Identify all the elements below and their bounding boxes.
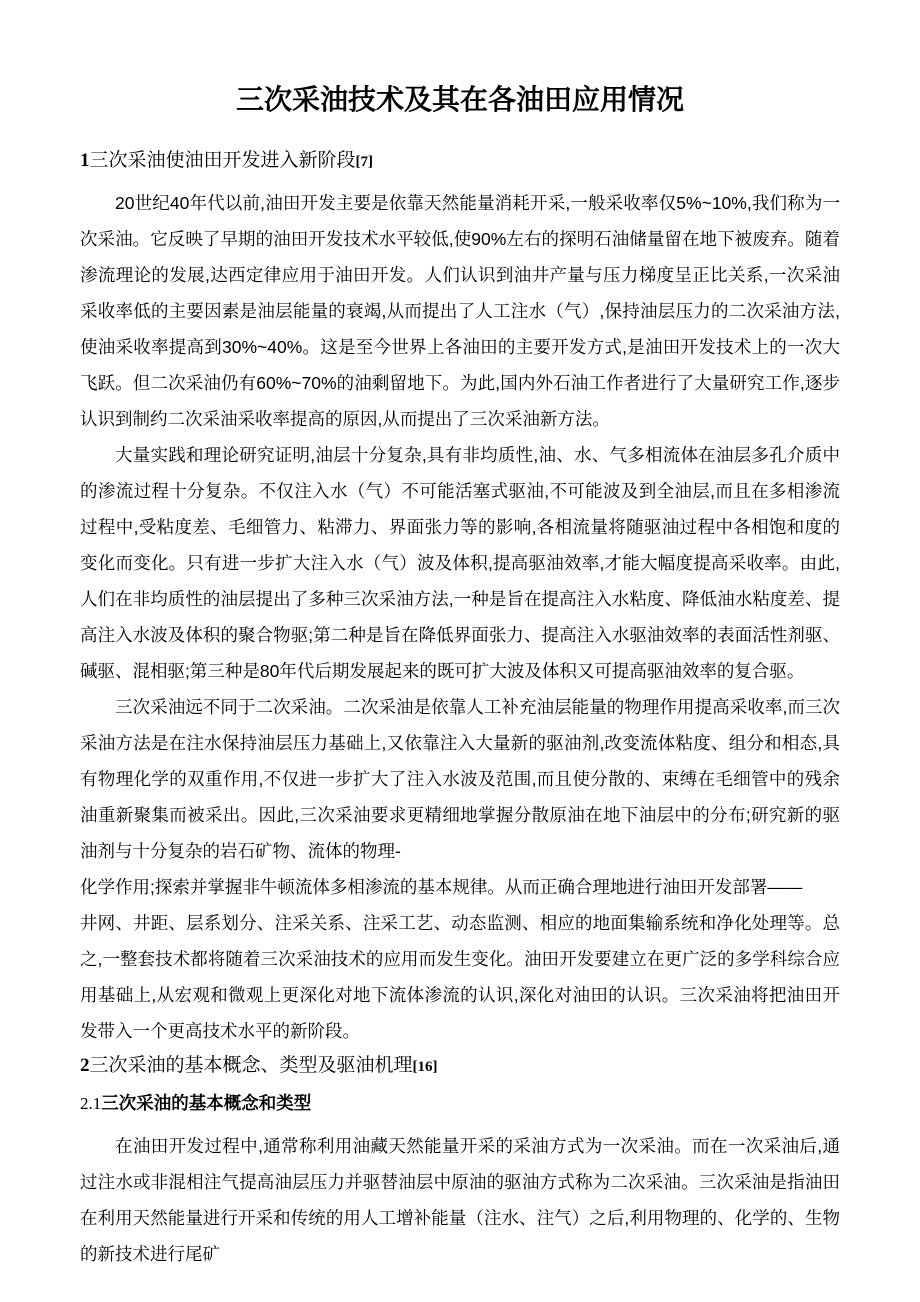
heading-1-reference: [7] [356,154,374,170]
paragraph-3-continuation-2: 井网、井距、层系划分、注采关系、注采工艺、动态监测、相应的地面集输系统和净化处理… [80,905,840,1048]
heading-2-1: 2.1三次采油的基本概念和类型 [80,1085,840,1122]
heading-2-1-text: 三次采油的基本概念和类型 [101,1093,311,1113]
section-2: 2三次采油的基本概念、类型及驱油机理[16] 2.1三次采油的基本概念和类型 在… [80,1048,840,1272]
heading-2-reference: [16] [413,1059,438,1075]
heading-1-text: 三次采油使油田开发进入新阶段 [90,150,356,171]
document-page: 三次采油技术及其在各油田应用情况 1三次采油使油田开发进入新阶段[7] 20世纪… [0,0,920,1302]
heading-2-number: 2 [80,1055,90,1076]
section-1: 1三次采油使油田开发进入新阶段[7] 20世纪40年代以前,油田开发主要是依靠天… [80,143,840,1048]
document-title: 三次采油技术及其在各油田应用情况 [80,78,840,122]
paragraph-4: 在油田开发过程中,通常称利用油藏天然能量开采的采油方式为一次采油。而在一次采油后… [80,1128,840,1272]
heading-1: 1三次采油使油田开发进入新阶段[7] [80,143,840,180]
paragraph-1: 20世纪40年代以前,油田开发主要是依靠天然能量消耗开采,一般采收率仅5%~10… [80,185,840,437]
heading-2: 2三次采油的基本概念、类型及驱油机理[16] [80,1048,840,1085]
paragraph-3: 三次采油远不同于二次采油。二次采油是依靠人工补充油层能量的物理作用提高采收率,而… [80,689,840,869]
heading-2-text: 三次采油的基本概念、类型及驱油机理 [90,1055,413,1076]
heading-2-1-number: 2.1 [80,1094,101,1113]
paragraph-3-continuation-1: 化学作用;探索并掌握非牛顿流体多相渗流的基本规律。从而正确合理地进行油田开发部署… [80,869,840,905]
heading-1-number: 1 [80,150,90,171]
paragraph-2: 大量实践和理论研究证明,油层十分复杂,具有非均质性,油、水、气多相流体在油层多孔… [80,437,840,689]
